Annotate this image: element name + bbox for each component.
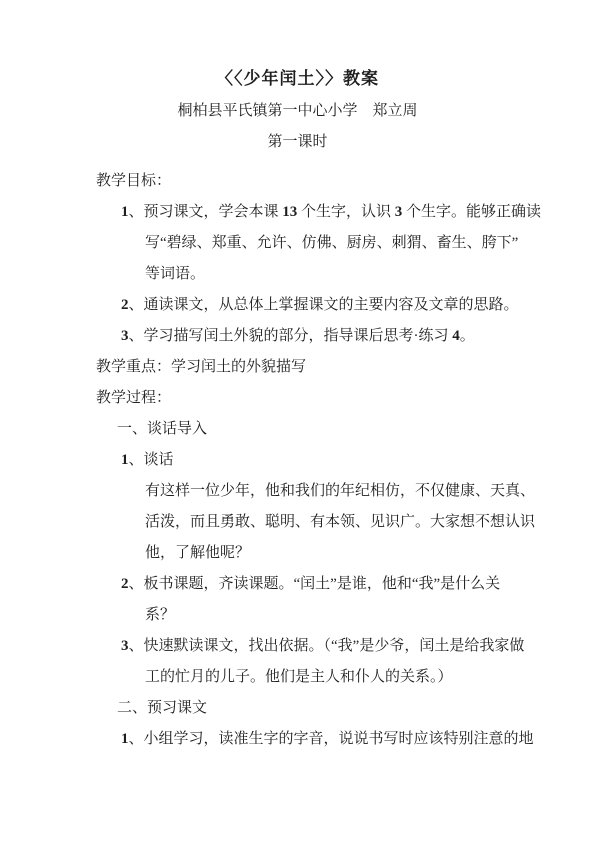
item-1-2-line-1: 2、板书课题，齐读课题。“闰土”是谁，他和“我”是什么关 — [121, 569, 553, 600]
text-run: 教学目标： — [96, 173, 171, 189]
text-run: 一、谈话导入 — [117, 421, 207, 437]
item-1-1-label: 1、谈话 — [121, 445, 553, 476]
goal-1-line-3: 等词语。 — [145, 259, 553, 290]
text-run: 系？ — [145, 607, 175, 623]
item-1-1-text-3: 他，了解他呢？ — [145, 538, 553, 569]
bold-text-run: 13 — [282, 204, 297, 220]
text-run: 活泼，而且勇敢、聪明、有本领、见识广。大家想不想认识 — [145, 514, 535, 530]
session-heading: 第一课时 — [0, 127, 595, 158]
bold-text-run: 1 — [121, 204, 129, 220]
bold-text-run: 3 — [121, 328, 129, 344]
text-run: 教学过程： — [96, 390, 171, 406]
section-2-title: 二、预习课文 — [117, 693, 553, 724]
bold-text-run: 1 — [121, 731, 129, 747]
text-run: 等词语。 — [145, 266, 205, 282]
bold-text-run: 2 — [121, 297, 129, 313]
bold-text-run: 4 — [452, 328, 460, 344]
text-run: 工的忙月的儿子。他们是主人和仆人的关系。） — [145, 669, 453, 685]
heading-teaching-process: 教学过程： — [96, 383, 553, 414]
text-run: 有这样一位少年，他和我们的年纪相仿，不仅健康、天真、 — [145, 483, 535, 499]
text-run: 教学重点：学习闰土的外貌描写 — [96, 359, 306, 375]
text-run: 写“碧绿、郑重、允许、仿佛、厨房、刺猬、畜生、胯下” — [145, 235, 518, 251]
text-run: 、快速默读课文，找出依据。（“我”是少爷，闰土是给我家做 — [129, 638, 525, 654]
text-run: 、谈话 — [129, 452, 174, 468]
item-2-1: 1、小组学习，读准生字的字音，说说书写时应该特别注意的地 — [121, 724, 553, 755]
item-1-1-text-1: 有这样一位少年，他和我们的年纪相仿，不仅健康、天真、 — [145, 476, 553, 507]
text-run: 个生字。能够正确读 — [402, 204, 541, 220]
bold-text-run: 1 — [121, 452, 129, 468]
text-run: 、板书课题，齐读课题。“闰土”是谁，他和“我”是什么关 — [129, 576, 501, 592]
document-title: 〈〈少年闰土〉〉教案 — [0, 0, 595, 96]
text-run: 、小组学习，读准生字的字音，说说书写时应该特别注意的地 — [129, 731, 534, 747]
text-run: 、通读课文，从总体上掌握课文的主要内容及文章的思路。 — [129, 297, 519, 313]
goal-2: 2、通读课文，从总体上掌握课文的主要内容及文章的思路。 — [121, 290, 553, 321]
item-1-3-line-1: 3、快速默读课文，找出依据。（“我”是少爷，闰土是给我家做 — [121, 631, 553, 662]
goal-1-line-1: 1、预习课文，学会本课 13 个生字，认识 3 个生字。能够正确读 — [121, 197, 553, 228]
item-1-3-line-2: 工的忙月的儿子。他们是主人和仆人的关系。） — [145, 662, 553, 693]
school-author-line: 桐柏县平氏镇第一中心小学 郑立周 — [0, 96, 595, 127]
text-run: 。 — [460, 328, 475, 344]
item-1-2-line-2: 系？ — [145, 600, 553, 631]
bold-text-run: 2 — [121, 576, 129, 592]
text-run: 二、预习课文 — [117, 700, 207, 716]
goal-3: 3、学习描写闰土外貌的部分，指导课后思考·练习 4。 — [121, 321, 553, 352]
text-run: 、预习课文，学会本课 — [129, 204, 283, 220]
heading-teaching-focus: 教学重点：学习闰土的外貌描写 — [96, 352, 553, 383]
document-page: 〈〈少年闰土〉〉教案 桐柏县平氏镇第一中心小学 郑立周 第一课时 教学目标：1、… — [0, 0, 595, 842]
heading-teaching-goals: 教学目标： — [96, 166, 553, 197]
text-run: 、学习描写闰土外貌的部分，指导课后思考·练习 — [129, 328, 453, 344]
section-1-title: 一、谈话导入 — [117, 414, 553, 445]
bold-text-run: 3 — [121, 638, 129, 654]
text-run: 个生字，认识 — [297, 204, 395, 220]
goal-1-line-2: 写“碧绿、郑重、允许、仿佛、厨房、刺猬、畜生、胯下” — [145, 228, 553, 259]
text-run: 他，了解他呢？ — [145, 545, 250, 561]
item-1-1-text-2: 活泼，而且勇敢、聪明、有本领、见识广。大家想不想认识 — [145, 507, 553, 538]
document-body: 教学目标：1、预习课文，学会本课 13 个生字，认识 3 个生字。能够正确读写“… — [0, 166, 595, 755]
